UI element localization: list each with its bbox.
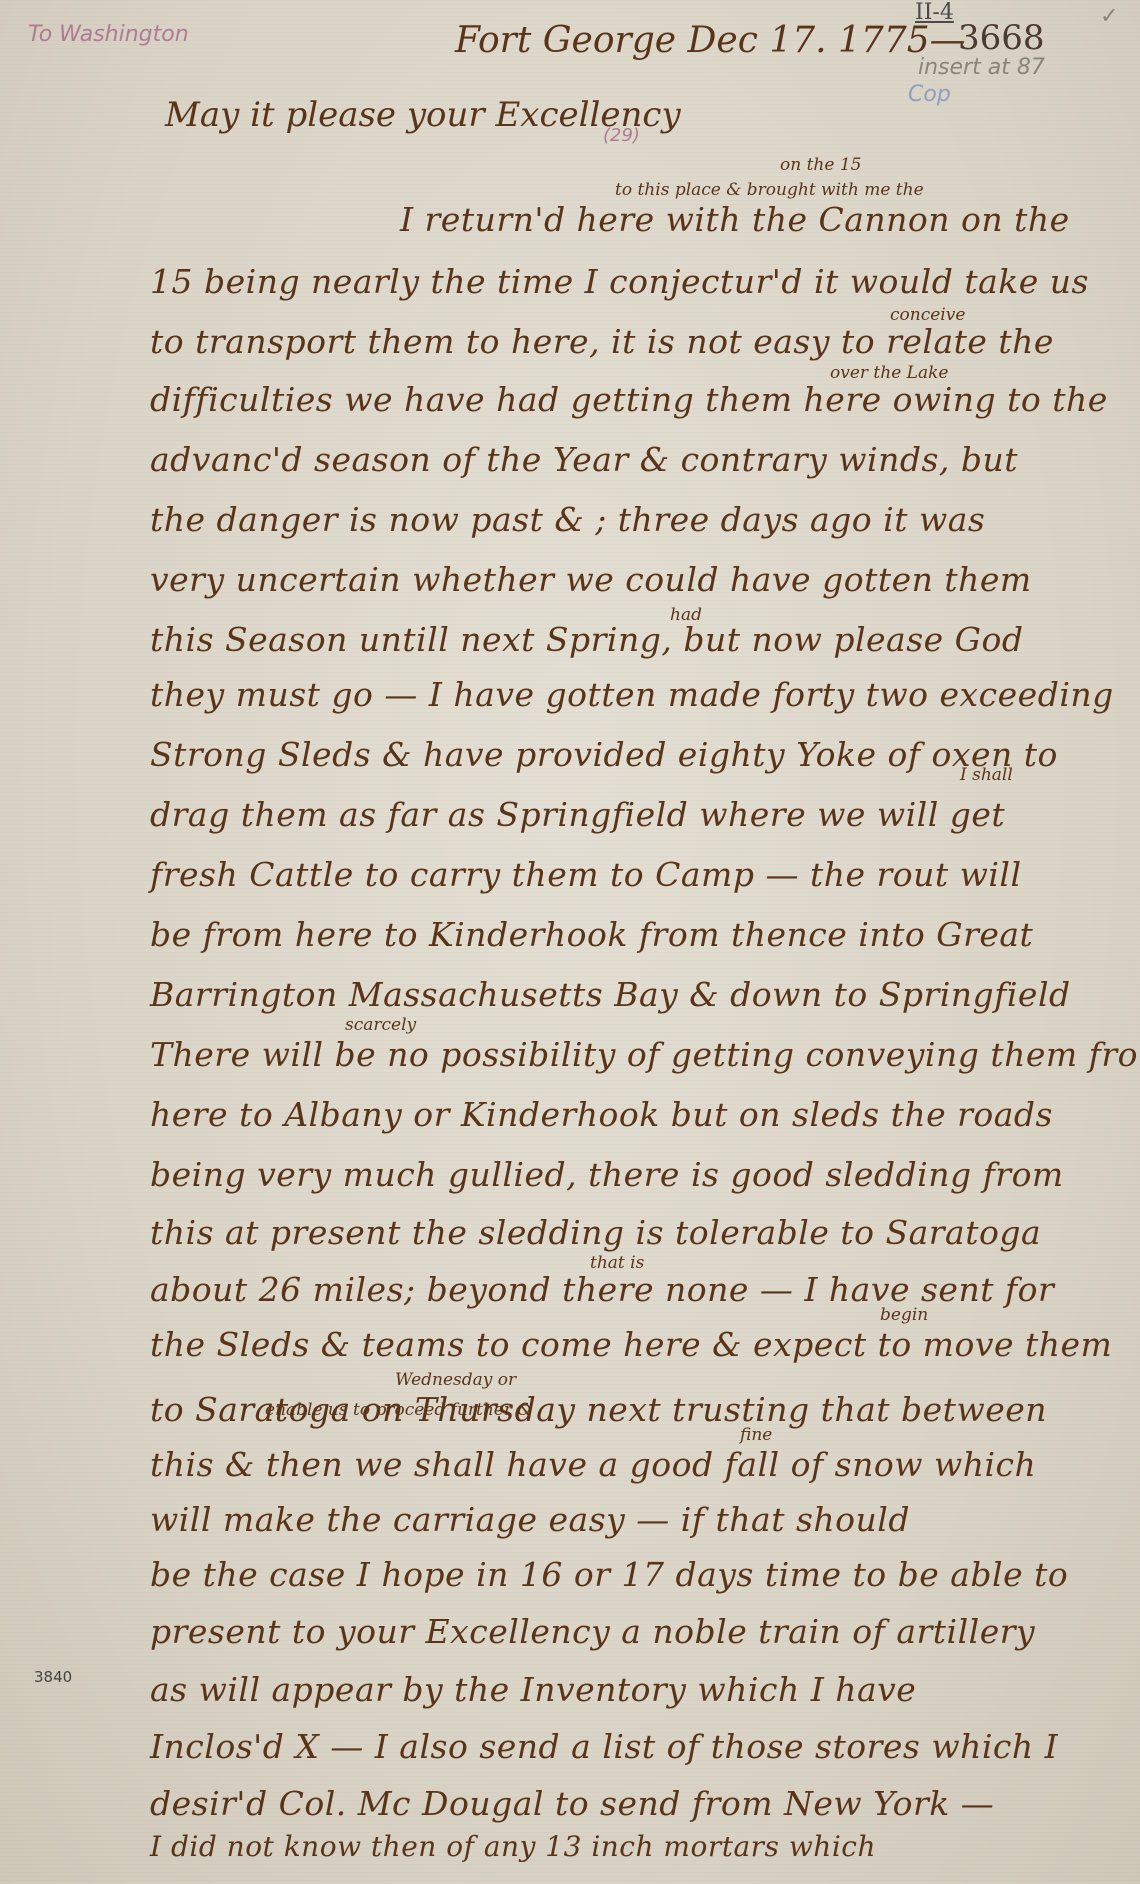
interlinear-note: had xyxy=(670,605,702,625)
letter-line: they must go — I have gotten made forty … xyxy=(150,675,1114,714)
letter-line: the Sleds & teams to come here & expect … xyxy=(150,1325,1112,1364)
letter-line: to transport them to here, it is not eas… xyxy=(150,322,1054,361)
check-mark-icon: ✓ xyxy=(1100,4,1118,29)
letter-line: being very much gullied, there is good s… xyxy=(150,1155,1064,1194)
letter-line: 15 being nearly the time I conjectur'd i… xyxy=(150,262,1089,301)
cop-note: Cop xyxy=(908,82,951,107)
letter-line: will make the carriage easy — if that sh… xyxy=(150,1500,910,1539)
letter-line: about 26 miles; beyond there none — I ha… xyxy=(150,1270,1054,1309)
archive-number: 3668 xyxy=(958,18,1045,58)
letter-page: To Washington II-4 3668 insert at 87 Cop… xyxy=(0,0,1140,1884)
interlinear-note: to this place & brought with me the xyxy=(615,180,924,200)
dateline: Fort George Dec 17. 1775— xyxy=(455,20,966,61)
letter-line: be the case I hope in 16 or 17 days time… xyxy=(150,1555,1068,1594)
salutation: May it please your Excellency xyxy=(165,95,681,135)
interlinear-note: enable us to proceed further & xyxy=(265,1400,533,1420)
letter-line: fresh Cattle to carry them to Camp — the… xyxy=(150,855,1022,894)
letter-line: Inclos'd X — I also send a list of those… xyxy=(150,1727,1058,1766)
letter-line: Barrington Massachusetts Bay & down to S… xyxy=(150,975,1071,1014)
letter-line: desir'd Col. Mc Dougal to send from New … xyxy=(150,1784,994,1823)
interlinear-note: begin xyxy=(880,1305,928,1325)
letter-line: difficulties we have had getting them he… xyxy=(150,380,1108,419)
letter-line: drag them as far as Springfield where we… xyxy=(150,795,1005,834)
letter-line: this at present the sledding is tolerabl… xyxy=(150,1213,1041,1252)
letter-line: present to your Excellency a noble train… xyxy=(150,1612,1035,1651)
letter-line: There will be no possibility of getting … xyxy=(150,1035,1140,1074)
letter-line: as will appear by the Inventory which I … xyxy=(150,1670,916,1709)
recipient-pencil-note: To Washington xyxy=(28,22,189,47)
interlinear-note: Wednesday or xyxy=(395,1370,516,1390)
interlinear-note: on the 15 xyxy=(780,155,861,175)
letter-line: here to Albany or Kinderhook but on sled… xyxy=(150,1095,1053,1134)
letter-line: this & then we shall have a good fall of… xyxy=(150,1445,1036,1484)
letter-line: I return'd here with the Cannon on the xyxy=(400,200,1070,239)
interlinear-note: fine xyxy=(740,1425,772,1445)
letter-line: be from here to Kinderhook from thence i… xyxy=(150,915,1033,954)
letter-line: the danger is now past & ; three days ag… xyxy=(150,500,985,539)
margin-number-left: 3840 xyxy=(34,1668,72,1686)
letter-line: this Season untill next Spring, but now … xyxy=(150,620,1024,659)
letter-line: Strong Sleds & have provided eighty Yoke… xyxy=(150,735,1058,774)
letter-line: I did not know then of any 13 inch morta… xyxy=(150,1830,876,1863)
interlinear-note: scarcely xyxy=(345,1015,416,1035)
letter-line: very uncertain whether we could have got… xyxy=(150,560,1032,599)
interlinear-note: I shall xyxy=(960,765,1013,785)
letter-line: advanc'd season of the Year & contrary w… xyxy=(150,440,1018,479)
